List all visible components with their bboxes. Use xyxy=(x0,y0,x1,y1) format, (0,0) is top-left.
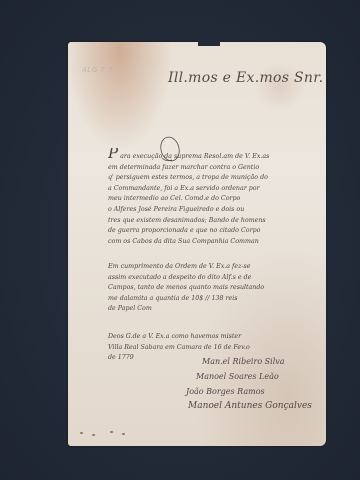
manuscript-page: ALG 7 7 Ill.mos e Ex.mos Snr. Para execu… xyxy=(68,42,326,446)
paragraph-1: Para execução da suprema Resol.am de V. … xyxy=(108,148,320,247)
text-line: a Commandante, foi a Ex.a servido ordena… xyxy=(108,184,320,195)
pencil-archive-note: ALG 7 7 xyxy=(82,66,113,74)
paper-stains xyxy=(70,430,170,440)
text-line: tres que existem desanimados; Bando de h… xyxy=(108,216,320,227)
text-line: assim executado a despeito do dito Alf.s… xyxy=(108,273,318,284)
signature: Man.el Ribeiro Silva xyxy=(202,354,321,369)
text-line: Em cumprimento da Ordem de V. Ex.a fez-s… xyxy=(108,262,318,273)
text-line: em determinada fazer marchar contra o Ge… xyxy=(108,163,320,174)
text-line: de guerra proporcionada e que no citado … xyxy=(108,226,320,237)
text-line: Deos G.de a V. Ex.a como havemos mister xyxy=(108,332,318,343)
signature: João Borges Ramos xyxy=(186,384,321,399)
salutation: Ill.mos e Ex.mos Snr. xyxy=(168,70,323,86)
text-line: me dalamita a quantia de 10$ // 138 reis xyxy=(108,294,318,305)
signature: Manoel Antunes Gonçalves xyxy=(188,399,321,414)
text-line: o Alferes José Pereira Figueiredo e dois… xyxy=(108,205,320,216)
text-line: Para execução da suprema Resol.am de V. … xyxy=(108,148,320,163)
signature-block: Man.el Ribeiro Silva Manoel Soares Leão … xyxy=(186,354,321,414)
signature: Manoel Soares Leão xyxy=(196,369,321,384)
torn-edge xyxy=(198,40,220,46)
text-line: com os Cabos da dita Sua Companhia Comma… xyxy=(108,237,320,248)
text-line: Villa Real Sabara em Camara de 16 de Fev… xyxy=(108,343,318,354)
text-line: q' persiguem estes termos, a tropa de mu… xyxy=(108,173,320,184)
paragraph-2: Em cumprimento da Ordem de V. Ex.a fez-s… xyxy=(108,262,318,315)
text-line: de Papel Com xyxy=(108,304,318,315)
text-line: meu intermedio ao Cel. Comd.e do Corpo xyxy=(108,194,320,205)
drop-initial: P xyxy=(108,148,118,162)
text-line: Campos, tanto de menos quanto mais resul… xyxy=(108,283,318,294)
